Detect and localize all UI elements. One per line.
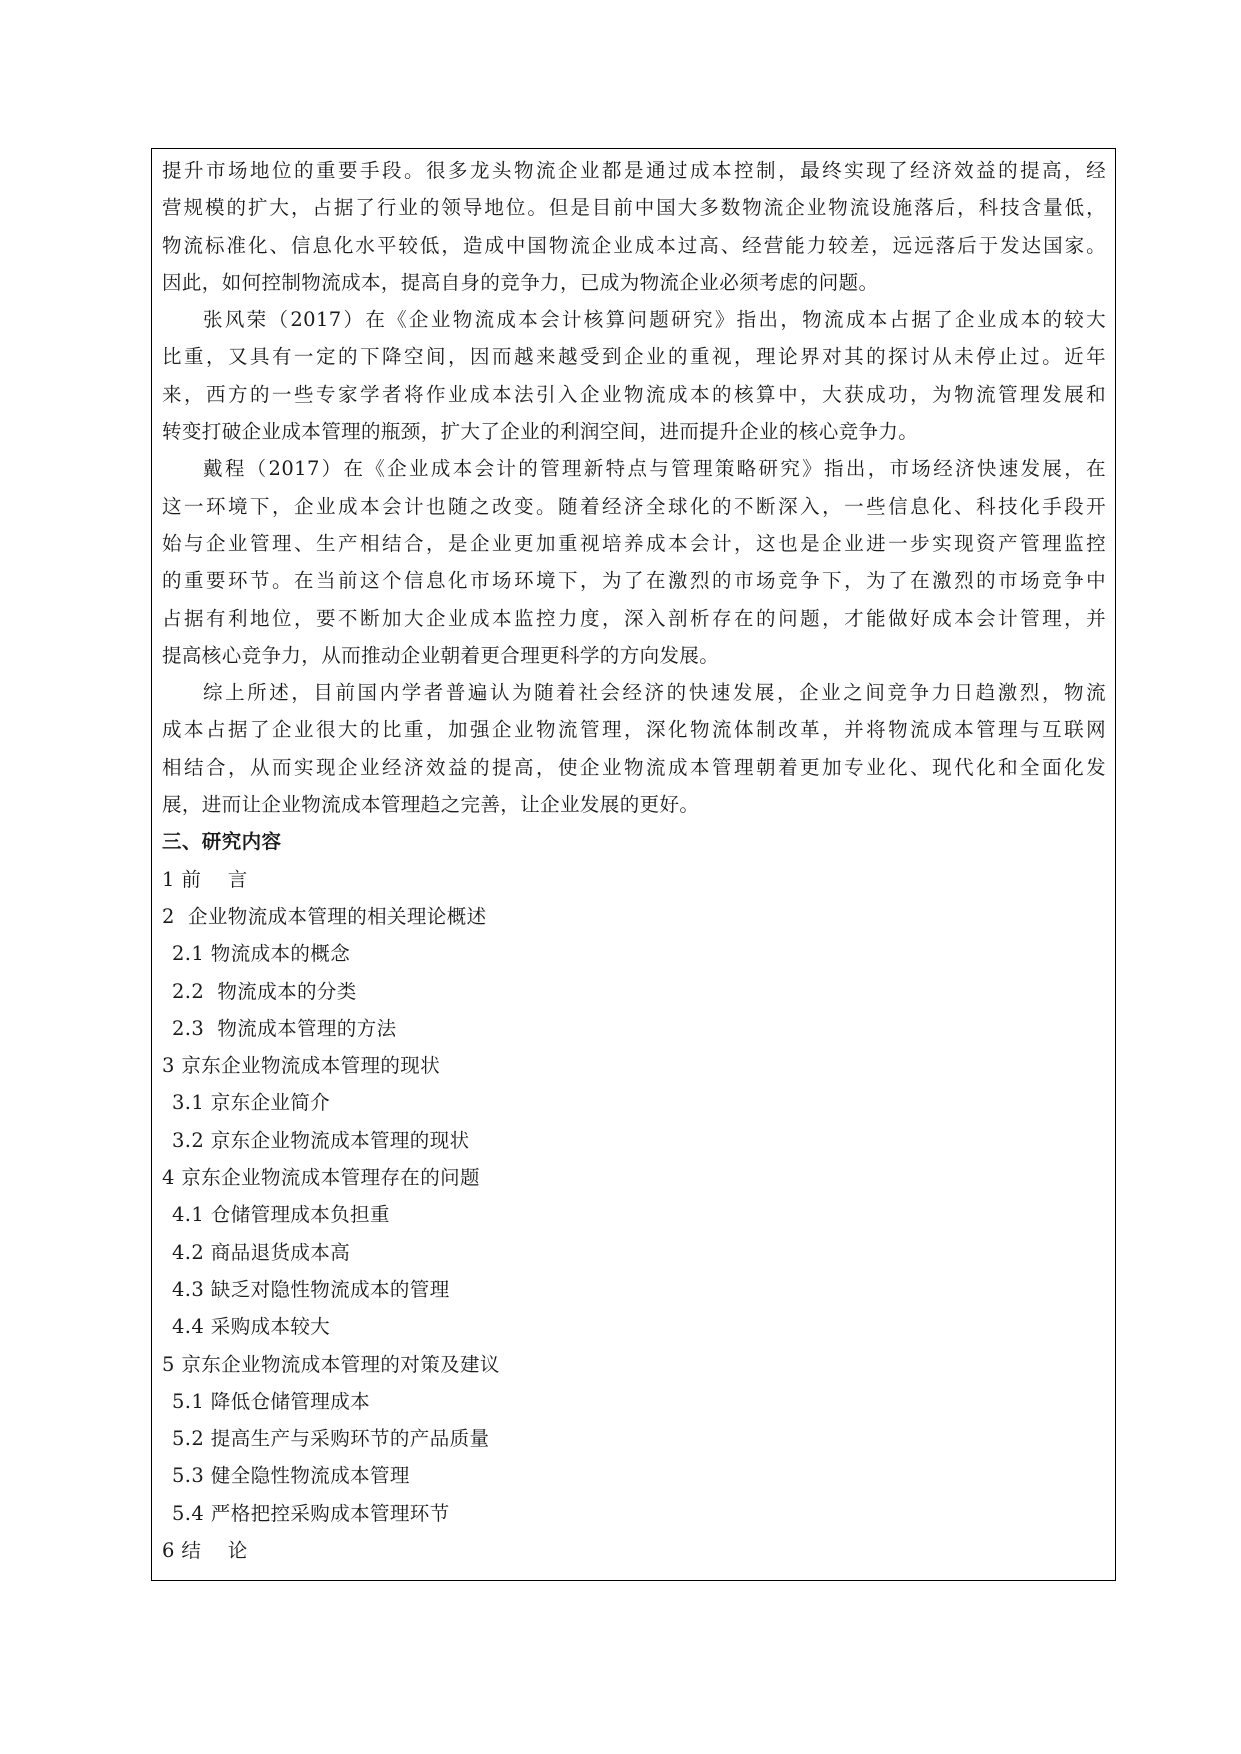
outline-subitem: 2.1 物流成本的概念 (162, 935, 1106, 972)
paragraph-line: 转变打破企业成本管理的瓶颈，扩大了企业的利润空间，进而提升企业的核心竞争力。 (162, 413, 1106, 450)
paragraph-line: 营规模的扩大，占据了行业的领导地位。但是目前中国大多数物流企业物流设施落后，科技… (162, 189, 1106, 226)
paragraph-line: 张风荣（2017）在《企业物流成本会计核算问题研究》指出，物流成本占据了企业成本… (162, 301, 1106, 338)
paragraph-line: 提升市场地位的重要手段。很多龙头物流企业都是通过成本控制，最终实现了经济效益的提… (162, 152, 1106, 189)
outline-subitem: 5.1 降低仓储管理成本 (162, 1383, 1106, 1420)
outline-subitem: 5.2 提高生产与采购环节的产品质量 (162, 1420, 1106, 1457)
outline-item: 4 京东企业物流成本管理存在的问题 (162, 1159, 1106, 1196)
paragraph-line: 因此，如何控制物流成本，提高自身的竞争力，已成为物流企业必须考虑的问题。 (162, 264, 1106, 301)
paragraph-summary: 综上所述，目前国内学者普遍认为随着社会经济的快速发展，企业之间竞争力日趋激烈，物… (162, 674, 1106, 823)
document-body: 提升市场地位的重要手段。很多龙头物流企业都是通过成本控制，最终实现了经济效益的提… (162, 152, 1106, 1569)
outline-subitem: 5.4 严格把控采购成本管理环节 (162, 1495, 1106, 1532)
outline-subitem: 4.1 仓储管理成本负担重 (162, 1196, 1106, 1233)
outline-subitem: 5.3 健全隐性物流成本管理 (162, 1457, 1106, 1494)
section-heading: 三、研究内容 (162, 823, 1106, 860)
outline-item: 1 前 言 (162, 861, 1106, 898)
paragraph-dai-cheng: 戴程（2017）在《企业成本会计的管理新特点与管理策略研究》指出，市场经济快速发… (162, 450, 1106, 674)
paragraph-zhang-fengrong: 张风荣（2017）在《企业物流成本会计核算问题研究》指出，物流成本占据了企业成本… (162, 301, 1106, 450)
outline-item: 3 京东企业物流成本管理的现状 (162, 1047, 1106, 1084)
outline-item: 2 企业物流成本管理的相关理论概述 (162, 898, 1106, 935)
paragraph-line: 展，进而让企业物流成本管理趋之完善，让企业发展的更好。 (162, 786, 1106, 823)
outline-subitem: 4.3 缺乏对隐性物流成本的管理 (162, 1271, 1106, 1308)
paragraph-line: 提高核心竞争力，从而推动企业朝着更合理更科学的方向发展。 (162, 637, 1106, 674)
paragraph-line: 的重要环节。在当前这个信息化市场环境下，为了在激烈的市场竞争下，为了在激烈的市场… (162, 562, 1106, 599)
paragraph-line: 戴程（2017）在《企业成本会计的管理新特点与管理策略研究》指出，市场经济快速发… (162, 450, 1106, 487)
outline-subitem: 3.2 京东企业物流成本管理的现状 (162, 1122, 1106, 1159)
paragraph-line: 成本占据了企业很大的比重，加强企业物流管理，深化物流体制改革，并将物流成本管理与… (162, 711, 1106, 748)
outline-subitem: 4.2 商品退货成本高 (162, 1234, 1106, 1271)
paragraph-line: 来，西方的一些专家学者将作业成本法引入企业物流成本的核算中，大获成功，为物流管理… (162, 376, 1106, 413)
research-outline: 1 前 言 2 企业物流成本管理的相关理论概述 2.1 物流成本的概念 2.2 … (162, 861, 1106, 1570)
outline-subitem: 4.4 采购成本较大 (162, 1308, 1106, 1345)
outline-subitem: 2.2 物流成本的分类 (162, 973, 1106, 1010)
paragraph-logistics-importance: 提升市场地位的重要手段。很多龙头物流企业都是通过成本控制，最终实现了经济效益的提… (162, 152, 1106, 301)
outline-subitem: 2.3 物流成本管理的方法 (162, 1010, 1106, 1047)
outline-subitem: 3.1 京东企业简介 (162, 1084, 1106, 1121)
paragraph-line: 相结合，从而实现企业经济效益的提高，使企业物流成本管理朝着更加专业化、现代化和全… (162, 749, 1106, 786)
paragraph-line: 这一环境下，企业成本会计也随之改变。随着经济全球化的不断深入，一些信息化、科技化… (162, 488, 1106, 525)
paragraph-line: 始与企业管理、生产相结合，是企业更加重视培养成本会计，这也是企业进一步实现资产管… (162, 525, 1106, 562)
outline-item: 6 结 论 (162, 1532, 1106, 1569)
outline-item: 5 京东企业物流成本管理的对策及建议 (162, 1346, 1106, 1383)
paragraph-line: 物流标准化、信息化水平较低，造成中国物流企业成本过高、经营能力较差，远远落后于发… (162, 227, 1106, 264)
paragraph-line: 占据有利地位，要不断加大企业成本监控力度，深入剖析存在的问题，才能做好成本会计管… (162, 600, 1106, 637)
paragraph-line: 综上所述，目前国内学者普遍认为随着社会经济的快速发展，企业之间竞争力日趋激烈，物… (162, 674, 1106, 711)
paragraph-line: 比重，又具有一定的下降空间，因而越来越受到企业的重视，理论界对其的探讨从未停止过… (162, 338, 1106, 375)
